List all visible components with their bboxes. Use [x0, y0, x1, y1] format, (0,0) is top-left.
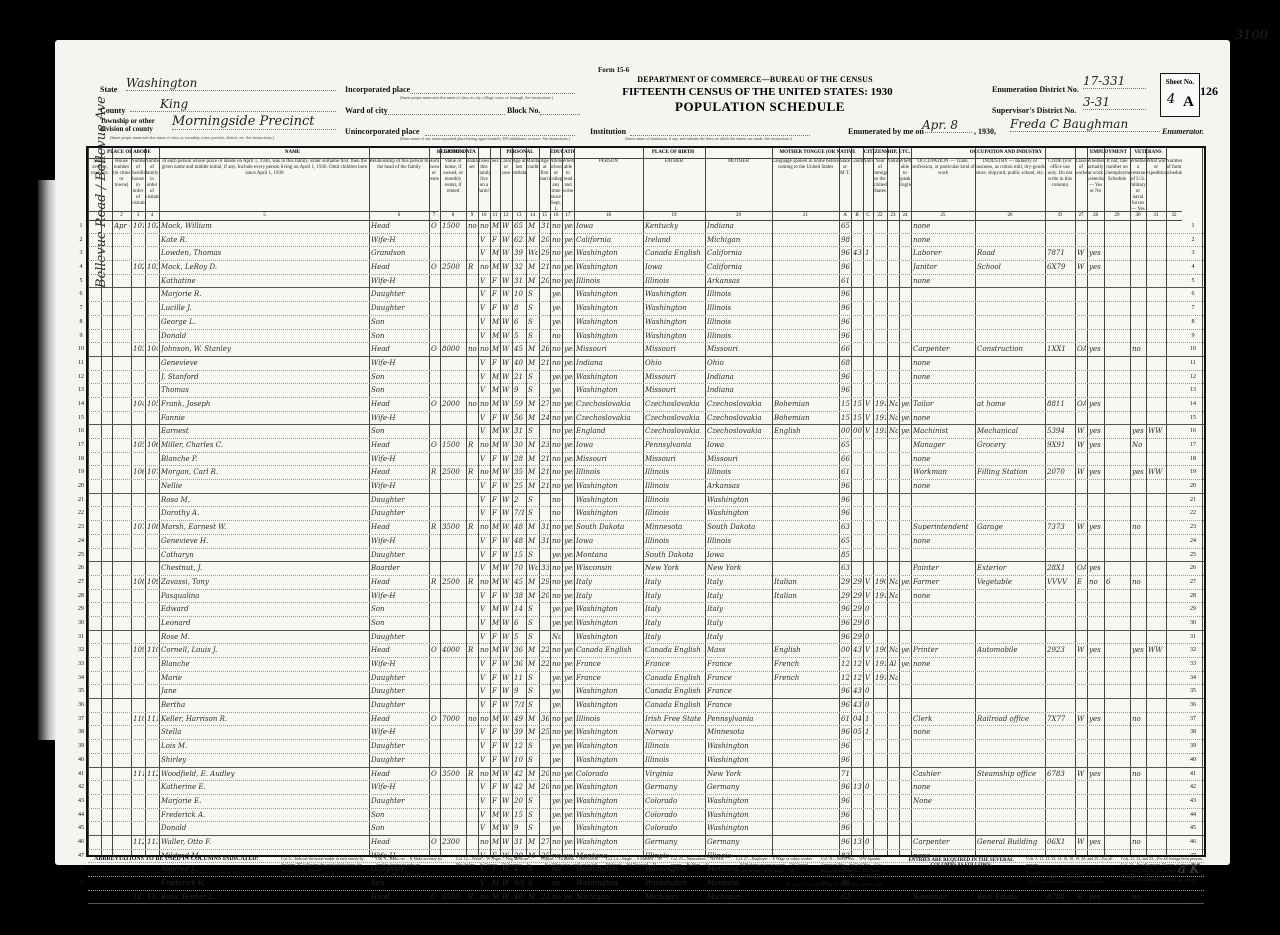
cell-industry: Automobile [977, 644, 1044, 657]
cell-relation: Son [371, 371, 428, 384]
cell-farm: V [480, 480, 489, 493]
cell-birth: Washington [576, 754, 642, 767]
cell-war [1148, 343, 1165, 356]
cell-value: 2300 [442, 836, 465, 849]
cell-occupation [913, 330, 974, 343]
cell-english: yes [901, 644, 910, 657]
cell-age: 35 [514, 466, 525, 479]
cell-immig [875, 726, 886, 739]
line-number-right: 26 [1186, 562, 1200, 575]
cell-house [114, 809, 130, 822]
cell-sex: M [492, 603, 500, 616]
cell-natur [889, 740, 898, 753]
cell-vet: no [1132, 521, 1145, 534]
cell-class: W [1077, 466, 1086, 479]
table-row: 29EdwardSonVMW14SyesyesWashingtonItalyIt… [88, 603, 1204, 617]
cell-war [1148, 836, 1165, 849]
cell-code-b: 12 [853, 672, 862, 685]
cell-marital: M [528, 261, 538, 274]
cell-natur [889, 795, 898, 808]
cell-code-a: 63 [841, 521, 850, 534]
cell-unemp [1106, 740, 1129, 753]
cell-natur [889, 453, 898, 466]
cell-occupation [913, 507, 974, 520]
cell-lang [774, 768, 838, 781]
cell-birth: Illinois [576, 275, 642, 288]
cell-occupation: None [913, 795, 974, 808]
cell-work [1089, 507, 1103, 520]
cell-code-b [853, 453, 862, 466]
table-row: 44Frederick A.SonVMW15SyesyesWashingtonC… [88, 809, 1204, 823]
cell-name: Lowden, Thomas [161, 247, 369, 260]
incorporated-label: Incorporated place [345, 85, 410, 94]
cell-race: W [502, 713, 511, 726]
cell-code-d [1047, 795, 1074, 808]
cell-race: W [502, 809, 511, 822]
cell-father: Illinois [645, 507, 704, 520]
cell-birth: France [576, 672, 642, 685]
cell-family: 111 [147, 713, 158, 726]
cell-war [1148, 603, 1165, 616]
abbreviations-title: ABBREVIATIONS TO BE USED IN COLUMNS INDI… [94, 856, 274, 862]
cell-marital: S [528, 507, 538, 520]
cell-lang [774, 261, 838, 274]
line-number: 20 [74, 480, 88, 493]
cell-read [564, 631, 573, 644]
cell-birth: Washington [576, 726, 642, 739]
cell-age: 49 [514, 713, 525, 726]
line-number: 33 [74, 658, 88, 671]
cell-family [147, 234, 158, 247]
line-number: 12 [74, 371, 88, 384]
cell-lang [774, 288, 838, 301]
cell-street [90, 877, 111, 890]
cell-farm-sched [1168, 494, 1181, 507]
cell-code-b [853, 275, 862, 288]
cell-code-a: 61 [841, 713, 850, 726]
cell-age: 45 [514, 343, 525, 356]
cell-work [1089, 603, 1103, 616]
cell-name: J. Stanford [161, 371, 369, 384]
cell-occupation: Tailor [913, 398, 974, 411]
cell-code-d [1047, 740, 1074, 753]
cell-relation: Daughter [371, 302, 428, 315]
cell-farm: no [480, 891, 489, 904]
cell-industry [977, 234, 1044, 247]
cell-english [901, 795, 910, 808]
cell-farm-sched [1168, 795, 1181, 808]
cell-code-d [1047, 384, 1074, 397]
cell-war [1148, 562, 1165, 575]
cell-code-c [865, 795, 873, 808]
cell-house [114, 740, 130, 753]
cell-sex: F [492, 726, 500, 739]
cell-marital: M [528, 535, 538, 548]
column-header-code-a: State or M.T. [839, 159, 851, 212]
cell-code-b [853, 809, 862, 822]
cell-sex: M [492, 343, 500, 356]
cell-family: 108 [147, 521, 158, 534]
cell-code-c: V [865, 644, 873, 657]
cell-occupation: none [913, 412, 974, 425]
cell-code-d [1047, 330, 1074, 343]
cell-owned [431, 809, 439, 822]
cell-unemp [1106, 507, 1129, 520]
table-row: 34MarieDaughterVFW11SyesyesFranceCanada … [88, 672, 1204, 686]
cell-work [1089, 371, 1103, 384]
cell-name: Frederick A. [161, 809, 369, 822]
cell-unemp [1106, 836, 1129, 849]
cell-read: yes [564, 809, 573, 822]
cell-class [1077, 371, 1086, 384]
cell-farm-sched [1168, 425, 1181, 438]
cell-immig [875, 713, 886, 726]
cell-occupation [913, 754, 974, 767]
cell-code-d: 1XX1 [1047, 343, 1074, 356]
table-row: 35JaneDaughterVFW9SyesWashingtonCanada E… [88, 685, 1204, 699]
column-header-radio: Radio set [466, 159, 478, 212]
cell-mother: Washington [707, 795, 771, 808]
cell-value: 6500 [442, 891, 465, 904]
cell-radio [468, 549, 477, 562]
cell-vet [1132, 685, 1145, 698]
cell-value [442, 726, 465, 739]
cell-code-d [1047, 371, 1074, 384]
cell-marital: M [528, 357, 538, 370]
cell-age: 14 [514, 603, 525, 616]
cell-age: 9 [514, 384, 525, 397]
cell-farm-sched [1168, 357, 1181, 370]
cell-radio: no [468, 713, 477, 726]
cell-value: 7000 [442, 713, 465, 726]
cell-birth: France [576, 658, 642, 671]
cell-street [90, 330, 111, 343]
cell-code-a: 96 [841, 480, 850, 493]
cell-code-c [865, 316, 873, 329]
table-row: 43Marjorie E.DaughterVFW20SyesyesWashing… [88, 795, 1204, 809]
cell-class [1077, 384, 1086, 397]
table-row: 4102103Mock, LeRoy D.HeadO2500RnoMW32M21… [88, 261, 1204, 275]
cell-dwelling [133, 288, 144, 301]
cell-radio: R [468, 466, 477, 479]
cell-age-marr: 31 [541, 535, 549, 548]
line-number-right: 33 [1186, 658, 1200, 671]
cell-industry [977, 357, 1044, 370]
cell-radio: no [468, 398, 477, 411]
cell-code-b: 12 [853, 658, 862, 671]
cell-code-c [865, 768, 873, 781]
table-row: 27108109Zavassi, TonyHeadR2500RnoMW45M29… [88, 576, 1204, 590]
cell-farm-sched [1168, 576, 1181, 589]
cell-father: Michigan [645, 891, 704, 904]
cell-value [442, 562, 465, 575]
cell-code-b: 43 [853, 699, 862, 712]
cell-owned [431, 549, 439, 562]
cell-industry [977, 549, 1044, 562]
cell-code-a: 96 [841, 822, 850, 835]
cell-lang [774, 781, 838, 794]
cell-age-marr [541, 494, 549, 507]
cell-value: 2500 [442, 261, 465, 274]
cell-class: W [1077, 713, 1086, 726]
cell-father: Washington [645, 877, 704, 890]
cell-occupation: Farmer [913, 576, 974, 589]
column-header-unemp: If not, line number on Unemployment Sche… [1104, 159, 1130, 212]
cell-farm: V [480, 330, 489, 343]
cell-war [1148, 809, 1165, 822]
cell-code-c: 1 [865, 713, 873, 726]
cell-lang: Bohemian [774, 398, 838, 411]
table-row: 24Genevieve H.Wife-HVFW48M31noyesIowaIll… [88, 535, 1204, 549]
cell-marital: S [528, 672, 538, 685]
cell-school: yes [552, 699, 561, 712]
cell-unemp [1106, 672, 1129, 685]
cell-mother: Iowa [707, 439, 771, 452]
line-number: 22 [74, 507, 88, 520]
cell-mother: Italy [707, 603, 771, 616]
cell-street [90, 617, 111, 630]
cell-dwelling [133, 247, 144, 260]
cell-dwelling [133, 275, 144, 288]
cell-house [114, 754, 130, 767]
cell-farm: no [480, 398, 489, 411]
cell-vet [1132, 699, 1145, 712]
cell-farm: V [480, 357, 489, 370]
cell-age-marr [541, 795, 549, 808]
column-header-father: FATHER [643, 159, 705, 212]
cell-sex: M [492, 384, 500, 397]
cell-age: 15 [514, 549, 525, 562]
cell-vet: no [1132, 836, 1145, 849]
cell-code-b: 43 [853, 644, 862, 657]
cell-father: Illinois [645, 275, 704, 288]
bottom-annotation: a K [1178, 862, 1200, 877]
cell-read: yes [564, 781, 573, 794]
cell-farm: no [480, 220, 489, 233]
cell-farm: V [480, 631, 489, 644]
cell-school: yes [552, 822, 561, 835]
cell-race: W [502, 836, 511, 849]
enumerated-date: Apr. 8 [922, 118, 972, 133]
line-number-right: 35 [1186, 685, 1200, 698]
cell-birth: Washington [576, 507, 642, 520]
cell-vet [1132, 726, 1145, 739]
cell-name: Earnest [161, 425, 369, 438]
cell-age-marr: 20 [541, 781, 549, 794]
cell-dwelling [133, 384, 144, 397]
line-number-right: 14 [1186, 398, 1200, 411]
cell-name: Jane [161, 685, 369, 698]
line-number-right: 28 [1186, 590, 1200, 603]
cell-unemp [1106, 371, 1129, 384]
cell-age-marr [541, 302, 549, 315]
cell-sex: M [492, 644, 500, 657]
cell-unemp [1106, 658, 1129, 671]
cell-immig [875, 631, 886, 644]
cell-unemp: 6 [1106, 576, 1129, 589]
cell-house [114, 453, 130, 466]
cell-industry: Steamship office [977, 768, 1044, 781]
cell-relation: Wife-H [371, 480, 428, 493]
cell-name: Kathatine [161, 275, 369, 288]
cell-street [90, 809, 111, 822]
cell-father: Italy [645, 617, 704, 630]
cell-code-d [1047, 549, 1074, 562]
cell-farm: V [480, 562, 489, 575]
line-number: 50 [74, 891, 88, 904]
cell-occupation: none [913, 453, 974, 466]
cell-code-d [1047, 357, 1074, 370]
cell-age-marr: 27 [541, 836, 549, 849]
cell-war [1148, 685, 1165, 698]
column-header-read: Whether able to read and write [562, 159, 574, 212]
cell-industry [977, 275, 1044, 288]
cell-street [90, 836, 111, 849]
cell-industry [977, 809, 1044, 822]
cell-occupation: none [913, 234, 974, 247]
cell-family [147, 247, 158, 260]
cell-family [147, 507, 158, 520]
cell-farm: V [480, 603, 489, 616]
table-row: 50113114Ross, Homer L.HeadO6500RnoMW46M2… [88, 891, 1204, 905]
cell-owned [431, 535, 439, 548]
cell-vet [1132, 357, 1145, 370]
cell-war [1148, 357, 1165, 370]
cell-value: 1500 [442, 220, 465, 233]
cell-dwelling [133, 425, 144, 438]
incorporated-value [410, 84, 575, 94]
cell-code-b [853, 288, 862, 301]
cell-english [901, 713, 910, 726]
cell-vet [1132, 562, 1145, 575]
cell-farm-sched [1168, 261, 1181, 274]
cell-code-d [1047, 590, 1074, 603]
unincorporated-note: (Enter name of any unincorporated place … [400, 136, 570, 141]
column-header-birth: PERSON [574, 159, 643, 212]
cell-class: OA [1077, 343, 1086, 356]
cell-immig: 1910 [875, 590, 886, 603]
cell-age-marr: 21 [541, 480, 549, 493]
cell-dwelling [133, 809, 144, 822]
line-number-right: 23 [1186, 521, 1200, 534]
table-row: 5KathatineWife-HVFW31M20noyesIllinoisIll… [88, 275, 1204, 289]
cell-war [1148, 795, 1165, 808]
cell-age-marr [541, 685, 549, 698]
cell-farm: V [480, 672, 489, 685]
cell-read [564, 330, 573, 343]
cell-dwelling [133, 617, 144, 630]
column-group-header: MOTHER TONGUE (OR NATIVE LANGUAGE) OF FO… [772, 148, 863, 159]
cell-lang [774, 713, 838, 726]
cell-lang [774, 549, 838, 562]
cell-owned: R [431, 466, 439, 479]
cell-code-d: 8811 [1047, 398, 1074, 411]
cell-birth: Washington [576, 809, 642, 822]
cell-work: yes [1089, 247, 1103, 260]
township-value: Morningside Precinct [172, 114, 336, 130]
cell-owned [431, 672, 439, 685]
cell-natur: Na [889, 398, 898, 411]
cell-code-c [865, 288, 873, 301]
cell-occupation: Manager [913, 439, 974, 452]
cell-unemp [1106, 521, 1129, 534]
cell-school: No [552, 631, 561, 644]
cell-race: W [502, 316, 511, 329]
cell-lang [774, 357, 838, 370]
cell-farm-sched [1168, 466, 1181, 479]
cell-vet [1132, 480, 1145, 493]
cell-code-c [865, 466, 873, 479]
legend-col14: Col. 14—Single ... S Married ... M Widow… [606, 856, 666, 868]
cell-immig [875, 617, 886, 630]
cell-industry: at home [977, 398, 1044, 411]
cell-code-b: 29 [853, 590, 862, 603]
cell-birth: Wisconsin [576, 562, 642, 575]
cell-work [1089, 412, 1103, 425]
cell-farm-sched [1168, 234, 1181, 247]
cell-father: South Dakota [645, 549, 704, 562]
cell-race: W [502, 891, 511, 904]
cell-family [147, 288, 158, 301]
cell-marital: S [528, 316, 538, 329]
cell-occupation: none [913, 781, 974, 794]
cell-work [1089, 288, 1103, 301]
county-value: King [130, 97, 336, 112]
cell-radio [468, 247, 477, 260]
cell-family [147, 453, 158, 466]
cell-house [114, 562, 130, 575]
cell-mother: Missouri [707, 453, 771, 466]
cell-lang [774, 795, 838, 808]
cell-house [114, 494, 130, 507]
line-number-right: 5 [1186, 275, 1200, 288]
cell-farm-sched [1168, 507, 1181, 520]
column-header-farm-sched: Number of farm schedule [1166, 159, 1182, 212]
cell-name: Dorothy A. [161, 507, 369, 520]
cell-code-a: 00 [841, 425, 850, 438]
cell-age-marr: 23 [541, 891, 549, 904]
cell-unemp [1106, 644, 1129, 657]
cell-vet [1132, 371, 1145, 384]
cell-house [114, 384, 130, 397]
cell-english [901, 275, 910, 288]
cell-war [1148, 316, 1165, 329]
cell-relation: Daughter [371, 740, 428, 753]
cell-lang [774, 685, 838, 698]
cell-occupation [913, 631, 974, 644]
cell-occupation: Painter [913, 562, 974, 575]
cell-dwelling: 110 [133, 713, 144, 726]
cell-work: yes [1089, 466, 1103, 479]
cell-unemp [1106, 549, 1129, 562]
cell-name: Rosa M. [161, 494, 369, 507]
cell-code-c: V [865, 590, 873, 603]
cell-code-d: 2070 [1047, 466, 1074, 479]
cell-lang [774, 343, 838, 356]
cell-value [442, 603, 465, 616]
cell-age: 62 [514, 234, 525, 247]
column-header-family: Number of family in order of visitation [145, 159, 159, 212]
cell-english: yes [901, 576, 910, 589]
cell-family [147, 603, 158, 616]
cell-age-marr [541, 672, 549, 685]
cell-birth: Washington [576, 288, 642, 301]
cell-farm: no [480, 466, 489, 479]
cell-occupation [913, 809, 974, 822]
cell-race: W [502, 549, 511, 562]
cell-occupation: none [913, 726, 974, 739]
cell-vet [1132, 535, 1145, 548]
